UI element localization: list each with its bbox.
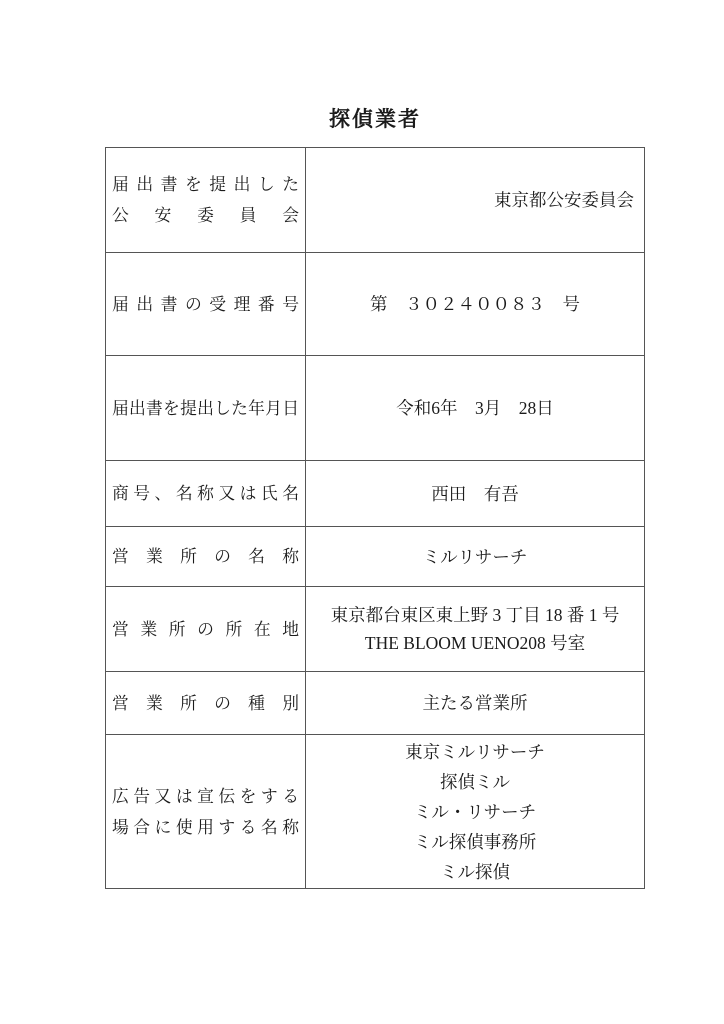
row-label: 営業所の名称 [112, 541, 299, 572]
table-row: 営業所の所在地 東京都台東区東上野 3 丁目 18 番 1 号 THE BLOO… [106, 587, 644, 672]
row-value: 主たる営業所 [314, 689, 636, 717]
row-label: 届出書の受理番号 [112, 289, 299, 320]
table-row: 届出書を提出した年月日 令和6年 3月 28日 [106, 356, 644, 461]
row-value: 第 ３０２４００８３ 号 [314, 290, 636, 318]
row-label: 営業所の所在地 [112, 614, 299, 645]
row-label: 商号、名称又は氏名 [112, 478, 299, 509]
row-value: 東京ミルリサーチ 探偵ミル ミル・リサーチ ミル探偵事務所 ミル探偵 [314, 737, 636, 887]
row-label-cell: 届出書を提出した 公安委員会 [106, 148, 306, 252]
table-row: 商号、名称又は氏名 西田 有吾 [106, 461, 644, 527]
row-label-cell: 広告又は宣伝をする 場合に使用する名称 [106, 735, 306, 888]
document-title: 探偵業者 [105, 106, 645, 134]
document-page: 探偵業者 届出書を提出した 公安委員会 東京都公安委員会 届出書の受理番号 第 … [0, 0, 724, 1024]
row-value-cell: 東京ミルリサーチ 探偵ミル ミル・リサーチ ミル探偵事務所 ミル探偵 [306, 735, 644, 888]
table-row: 届出書の受理番号 第 ３０２４００８３ 号 [106, 253, 644, 356]
table-row: 営業所の種別 主たる営業所 [106, 672, 644, 735]
row-value-cell: 東京都台東区東上野 3 丁目 18 番 1 号 THE BLOOM UENO20… [306, 587, 644, 671]
row-value: 西田 有吾 [314, 480, 636, 508]
row-label-cell: 届出書を提出した年月日 [106, 356, 306, 460]
row-value: 東京都台東区東上野 3 丁目 18 番 1 号 THE BLOOM UENO20… [314, 601, 636, 657]
row-label: 広告又は宣伝をする 場合に使用する名称 [112, 781, 299, 843]
row-label: 届出書を提出した年月日 [112, 393, 299, 424]
row-label-cell: 届出書の受理番号 [106, 253, 306, 355]
row-label: 営業所の種別 [112, 688, 299, 719]
table-row: 届出書を提出した 公安委員会 東京都公安委員会 [106, 148, 644, 253]
row-value: ミルリサーチ [314, 543, 636, 571]
row-label: 届出書を提出した 公安委員会 [112, 169, 299, 231]
row-value-cell: 東京都公安委員会 [306, 148, 644, 252]
document-body: 探偵業者 届出書を提出した 公安委員会 東京都公安委員会 届出書の受理番号 第 … [105, 106, 645, 889]
row-value-cell: ミルリサーチ [306, 527, 644, 586]
row-value-cell: 令和6年 3月 28日 [306, 356, 644, 460]
row-label-cell: 営業所の名称 [106, 527, 306, 586]
row-value-cell: 第 ３０２４００８３ 号 [306, 253, 644, 355]
row-value-cell: 主たる営業所 [306, 672, 644, 734]
row-label-cell: 商号、名称又は氏名 [106, 461, 306, 526]
row-label-cell: 営業所の所在地 [106, 587, 306, 671]
table-row: 営業所の名称 ミルリサーチ [106, 527, 644, 587]
row-label-cell: 営業所の種別 [106, 672, 306, 734]
table-row: 広告又は宣伝をする 場合に使用する名称 東京ミルリサーチ 探偵ミル ミル・リサー… [106, 735, 644, 888]
row-value: 令和6年 3月 28日 [314, 394, 636, 422]
registration-table: 届出書を提出した 公安委員会 東京都公安委員会 届出書の受理番号 第 ３０２４０… [105, 147, 645, 889]
row-value: 東京都公安委員会 [314, 186, 636, 214]
row-value-cell: 西田 有吾 [306, 461, 644, 526]
